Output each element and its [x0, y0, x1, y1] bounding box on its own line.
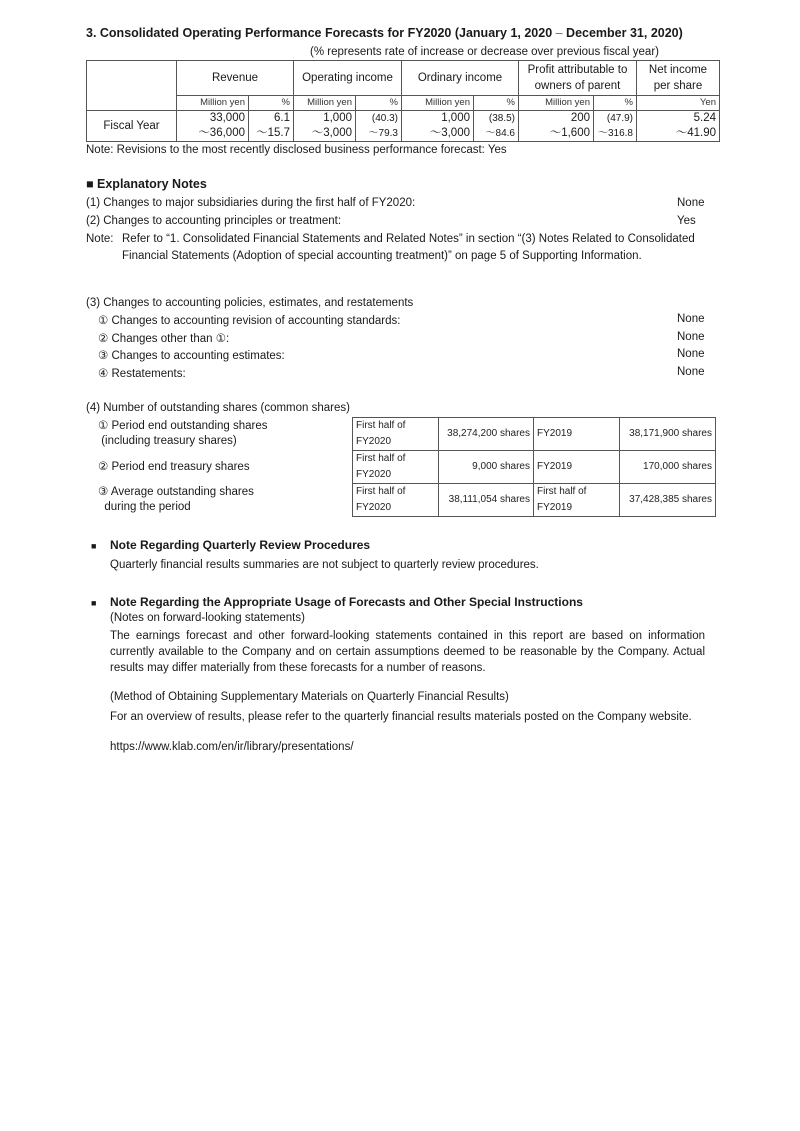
value-low: (47.9): [597, 111, 633, 126]
review-heading: Note Regarding Quarterly Review Procedur…: [110, 538, 370, 552]
bullet-icon: ■: [91, 541, 96, 551]
period-cell: First half of FY2020: [353, 451, 439, 484]
period-cell: FY2019: [534, 418, 620, 451]
item2-value: Yes: [677, 215, 696, 227]
shares-value: 170,000 shares: [620, 451, 716, 484]
value-high: ～3,000: [297, 126, 352, 141]
review-text: Quarterly financial results summaries ar…: [110, 559, 539, 571]
table-row: First half of FY2020 38,111,054 shares F…: [353, 484, 716, 517]
value-low: 1,000: [405, 111, 470, 126]
value-low: 33,000: [180, 111, 245, 126]
note-text: Refer to “1. Consolidated Financial Stat…: [122, 231, 696, 264]
item3-sub-value: None: [677, 313, 705, 325]
forecast-title-end: December 31, 2020): [563, 26, 683, 40]
value-high: ～36,000: [180, 126, 245, 141]
header-profit-line1: Profit attributable to: [522, 62, 633, 78]
unit-cell: %: [474, 96, 519, 111]
table-row: First half of FY2020 38,274,200 shares F…: [353, 418, 716, 451]
unit-cell: Million yen: [402, 96, 474, 111]
bullet-icon: ■: [91, 598, 96, 608]
item3-sub-label: ① Changes to accounting revision of acco…: [98, 313, 400, 327]
paragraph-text: The earnings forecast and other forward-…: [110, 628, 705, 676]
period-cell: First half of FY2020: [353, 484, 439, 517]
shares-value: 38,171,900 shares: [620, 418, 716, 451]
period-cell: FY2019: [534, 451, 620, 484]
shares-row2-label: ② Period end treasury shares: [98, 459, 250, 473]
usage-sub1: (Notes on forward-looking statements): [110, 612, 305, 624]
forecast-table: Revenue Operating income Ordinary income…: [86, 60, 720, 142]
table-row: First half of FY2020 9,000 shares FY2019…: [353, 451, 716, 484]
item3-sub-value: None: [677, 366, 705, 378]
item3-sub-label: ③ Changes to accounting estimates:: [98, 348, 285, 362]
value-cell: 200～1,600: [519, 111, 594, 142]
shares-row3-label-2: during the period: [98, 501, 191, 513]
unit-cell: %: [356, 96, 402, 111]
note-label: Note:: [86, 231, 114, 248]
value-high: ～15.7: [252, 126, 290, 141]
value-high: ～79.3: [359, 126, 398, 141]
header-eps-line2: per share: [640, 78, 716, 94]
value-high: ～316.8: [597, 126, 633, 141]
value-cell: 1,000～3,000: [402, 111, 474, 142]
forward-looking-paragraph: The earnings forecast and other forward-…: [110, 628, 705, 676]
value-cell: 1,000～3,000: [294, 111, 356, 142]
shares-value: 9,000 shares: [439, 451, 534, 484]
paragraph-text: For an overview of results, please refer…: [110, 709, 705, 725]
unit-cell: Million yen: [519, 96, 594, 111]
value-low: 200: [522, 111, 590, 126]
unit-cell: %: [594, 96, 637, 111]
usage-heading: Note Regarding the Appropriate Usage of …: [110, 595, 583, 609]
unit-cell: Million yen: [294, 96, 356, 111]
value-cell: 5.24～41.90: [637, 111, 720, 142]
header-operating-income: Operating income: [294, 61, 402, 96]
unit-cell: Yen: [637, 96, 720, 111]
value-cell: (38.5)～84.6: [474, 111, 519, 142]
value-high: ～1,600: [522, 126, 590, 141]
corner-cell: [87, 61, 177, 111]
header-revenue: Revenue: [177, 61, 294, 96]
shares-value: 38,274,200 shares: [439, 418, 534, 451]
unit-cell: Million yen: [177, 96, 249, 111]
shares-value: 37,428,385 shares: [620, 484, 716, 517]
value-low: 6.1: [252, 111, 290, 126]
forecast-title-main: 3. Consolidated Operating Performance Fo…: [86, 26, 556, 40]
supplementary-paragraph: For an overview of results, please refer…: [110, 709, 705, 725]
percent-note: (% represents rate of increase or decrea…: [310, 46, 659, 58]
value-low: (38.5): [477, 111, 515, 126]
shares-table: First half of FY2020 38,274,200 shares F…: [352, 417, 716, 517]
item3-label: (3) Changes to accounting policies, esti…: [86, 297, 413, 309]
unit-cell: %: [249, 96, 294, 111]
revision-note: Note: Revisions to the most recently dis…: [86, 144, 507, 156]
row-label-fiscal-year: Fiscal Year: [87, 111, 177, 142]
header-eps: Net incomeper share: [637, 61, 720, 96]
item1-label: (1) Changes to major subsidiaries during…: [86, 197, 415, 209]
item3-sub-label: ④ Restatements:: [98, 366, 186, 380]
item3-sub-label: ② Changes other than ①:: [98, 331, 229, 345]
forecast-title-dash: –: [556, 26, 563, 40]
value-high: ～41.90: [640, 126, 716, 141]
forecast-title: 3. Consolidated Operating Performance Fo…: [86, 26, 683, 40]
value-cell: 33,000～36,000: [177, 111, 249, 142]
shares-row1-label-2: (including treasury shares): [98, 435, 237, 447]
value-high: ～3,000: [405, 126, 470, 141]
value-cell: (47.9)～316.8: [594, 111, 637, 142]
item2-label: (2) Changes to accounting principles or …: [86, 215, 341, 227]
accounting-note: Note: Refer to “1. Consolidated Financia…: [86, 231, 696, 264]
item1-value: None: [677, 197, 705, 209]
shares-value: 38,111,054 shares: [439, 484, 534, 517]
value-low: (40.3): [359, 111, 398, 126]
header-profit-attributable: Profit attributable toowners of parent: [519, 61, 637, 96]
header-ordinary-income: Ordinary income: [402, 61, 519, 96]
value-cell: (40.3)～79.3: [356, 111, 402, 142]
value-low: 5.24: [640, 111, 716, 126]
usage-sub2: (Method of Obtaining Supplementary Mater…: [110, 691, 509, 703]
presentations-link[interactable]: https://www.klab.com/en/ir/library/prese…: [110, 741, 354, 753]
period-cell: First half of FY2020: [353, 418, 439, 451]
item3-sub-value: None: [677, 348, 705, 360]
item3-sub-value: None: [677, 331, 705, 343]
shares-row3-label: ③ Average outstanding shares: [98, 484, 254, 498]
value-low: 1,000: [297, 111, 352, 126]
value-high: ～84.6: [477, 126, 515, 141]
period-cell: First half of FY2019: [534, 484, 620, 517]
header-eps-line1: Net income: [640, 62, 716, 78]
header-profit-line2: owners of parent: [522, 78, 633, 94]
explanatory-notes-heading: ■ Explanatory Notes: [86, 177, 207, 191]
value-cell: 6.1～15.7: [249, 111, 294, 142]
shares-row1-label: ① Period end outstanding shares: [98, 418, 268, 432]
item4-label: (4) Number of outstanding shares (common…: [86, 402, 350, 414]
